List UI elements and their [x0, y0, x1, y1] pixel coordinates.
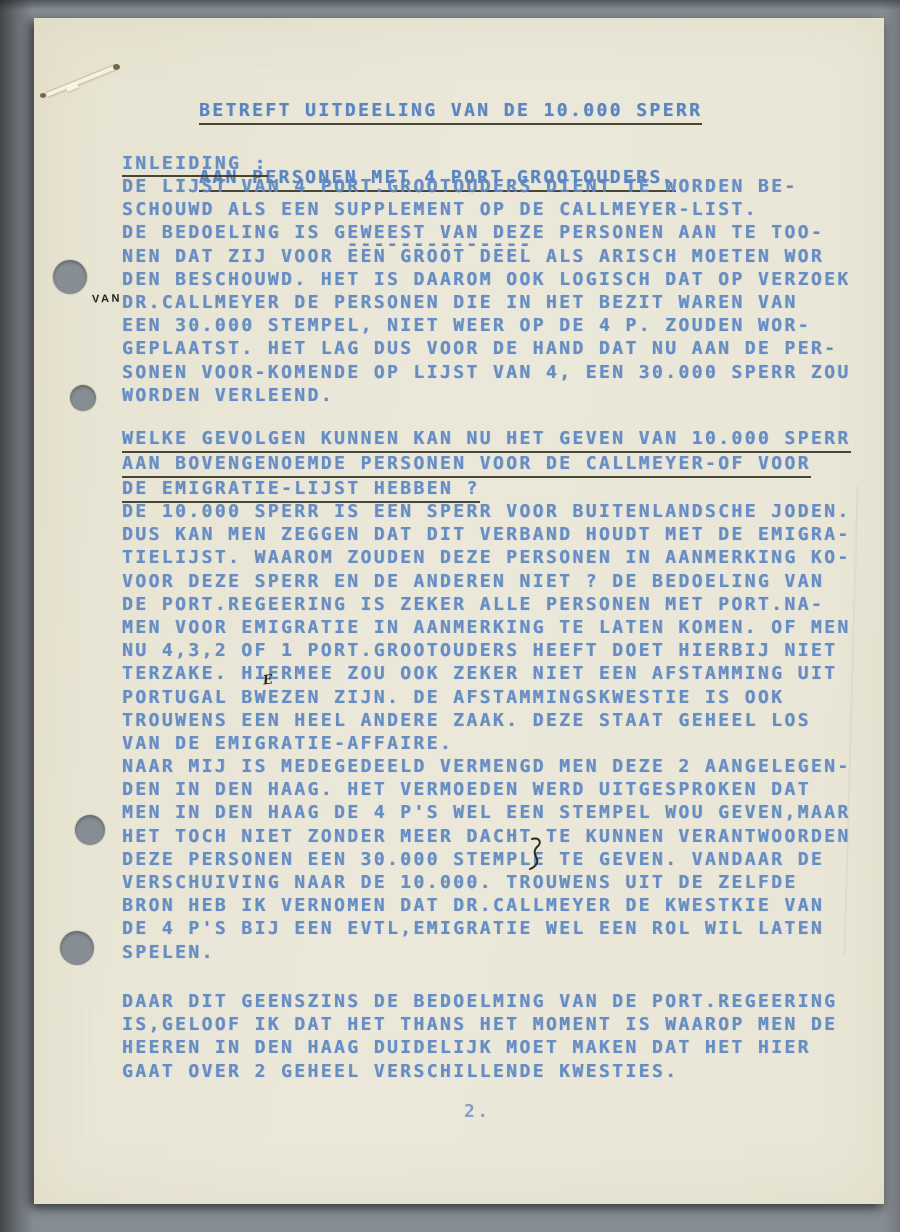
handwritten-insert-letter: E [262, 672, 274, 688]
transposition-mark [525, 837, 547, 871]
punch-hole [75, 815, 105, 845]
text-line: PORTUGAL BWEZEN ZIJN. DE AFSTAMMINGSKWES… [122, 686, 851, 709]
text-line: NAAR MIJ IS MEDEGEDEELD VERMENGD MEN DEZ… [122, 755, 851, 778]
title-line: BETREFT UITDEELING VAN DE 10.000 SPERR [199, 98, 702, 123]
text-line: DUS KAN MEN ZEGGEN DAT DIT VERBAND HOUDT… [122, 523, 851, 546]
text-line: DEN BESCHOUWD. HET IS DAAROM OOK LOGISCH… [122, 268, 851, 291]
text-line: BRON HEB IK VERNOMEN DAT DR.CALLMEYER DE… [122, 894, 851, 917]
text-line: DE BEDOELING IS GEWEEST VAN DEZE PERSONE… [122, 221, 851, 244]
text-line: EEN 30.000 STEMPEL, NIET WEER OP DE 4 P.… [122, 314, 851, 337]
text-line: SPELEN. [122, 941, 851, 964]
scanner-shadow-left [0, 0, 34, 1232]
text-line: DR.CALLMEYER DE PERSONEN DIE IN HET BEZI… [122, 291, 851, 314]
text-line: VAN DE EMIGRATIE-AFFAIRE. [122, 732, 851, 755]
staple-rust-dot [40, 93, 46, 98]
section-heading-inleiding: INLEIDING : [122, 152, 268, 175]
title-text: BETREFT UITDEELING VAN DE 10.000 SPERR [199, 98, 702, 125]
text-line: DE 4 P'S BIJ EEN EVTL,EMIGRATIE WEL EEN … [122, 917, 851, 940]
text-line: TERZAKE. HIERMEE ZOU OOK ZEKER NIET EEN … [122, 662, 851, 685]
staple-mark [36, 44, 136, 114]
underlined-text: WELKE GEVOLGEN KUNNEN KAN NU HET GEVEN V… [122, 426, 851, 453]
paragraph-1: DE LIJST VAN 4 PORT.GROOTOUDERS DIENT TE… [122, 175, 851, 407]
text-line: WELKE GEVOLGEN KUNNEN KAN NU HET GEVEN V… [122, 426, 851, 451]
scanner-shadow-right [884, 0, 900, 1232]
text-line: SCHOUWD ALS EEN SUPPLEMENT OP DE CALLMEY… [122, 198, 851, 221]
text-line: GEPLAATST. HET LAG DUS VOOR DE HAND DAT … [122, 337, 851, 360]
paragraph-2: DE 10.000 SPERR IS EEN SPERR VOOR BUITEN… [122, 500, 851, 964]
text-line: DE PORT.REGEERING IS ZEKER ALLE PERSONEN… [122, 593, 851, 616]
text-line: DEN IN DEN HAAG. HET VERMOEDEN WERD UITG… [122, 778, 851, 801]
text-line: VERSCHUIVING NAAR DE 10.000. TROUWENS UI… [122, 871, 851, 894]
text-line: VOOR DEZE SPERR EN DE ANDEREN NIET ? DE … [122, 570, 851, 593]
text-line: AAN BOVENGENOEMDE PERSONEN VOOR DE CALLM… [122, 451, 851, 476]
text-line: GAAT OVER 2 GEHEEL VERSCHILLENDE KWESTIE… [122, 1060, 837, 1083]
text-line: TIELIJST. WAAROM ZOUDEN DEZE PERSONEN IN… [122, 546, 851, 569]
document-page: BETREFT UITDEELING VAN DE 10.000 SPERR A… [34, 18, 884, 1204]
handwritten-margin-note: VAN [92, 292, 122, 305]
text-line: MEN IN DEN HAAG DE 4 P'S WEL EEN STEMPEL… [122, 801, 851, 824]
text-line: IS,GELOOF IK DAT HET THANS HET MOMENT IS… [122, 1013, 837, 1036]
text-line: HEEREN IN DEN HAAG DUIDELIJK MOET MAKEN … [122, 1036, 837, 1059]
text-line: DE 10.000 SPERR IS EEN SPERR VOOR BUITEN… [122, 500, 851, 523]
text-line: NEN DAT ZIJ VOOR EEN GROOT DEEL ALS ARIS… [122, 245, 851, 268]
text-line: DAAR DIT GEENSZINS DE BEDOELMING VAN DE … [122, 990, 837, 1013]
text-line: NU 4,3,2 OF 1 PORT.GROOTOUDERS HEEFT DOE… [122, 639, 851, 662]
paragraph-3: DAAR DIT GEENSZINS DE BEDOELMING VAN DE … [122, 990, 837, 1083]
text-line: DE LIJST VAN 4 PORT.GROOTOUDERS DIENT TE… [122, 175, 851, 198]
staple-scratch [46, 64, 116, 96]
text-line: MEN VOOR EMIGRATIE IN AANMERKING TE LATE… [122, 616, 851, 639]
text-line: DEZE PERSONEN EEN 30.000 STEMPLE TE GEVE… [122, 848, 851, 871]
scanner-shadow-top [0, 0, 900, 10]
text-line: DE EMIGRATIE-LIJST HEBBEN ? [122, 476, 851, 501]
punch-hole [60, 931, 94, 965]
staple-rust-dot [113, 64, 120, 70]
text-line: TROUWENS EEN HEEL ANDERE ZAAK. DEZE STAA… [122, 709, 851, 732]
underlined-text: DE EMIGRATIE-LIJST HEBBEN ? [122, 476, 480, 503]
page-number: 2. [464, 1100, 491, 1123]
punch-hole [53, 260, 87, 294]
text-line: INLEIDING : [122, 152, 268, 175]
text-line: WORDEN VERLEEND. [122, 384, 851, 407]
underlined-text: INLEIDING : [122, 152, 268, 177]
punch-hole [70, 385, 96, 411]
section-heading-question: WELKE GEVOLGEN KUNNEN KAN NU HET GEVEN V… [122, 426, 851, 501]
text-line: HET TOCH NIET ZONDER MEER DACHT TE KUNNE… [122, 825, 851, 848]
underlined-text: AAN BOVENGENOEMDE PERSONEN VOOR DE CALLM… [122, 451, 811, 478]
text-line: SONEN VOOR-KOMENDE OP LIJST VAN 4, EEN 3… [122, 361, 851, 384]
